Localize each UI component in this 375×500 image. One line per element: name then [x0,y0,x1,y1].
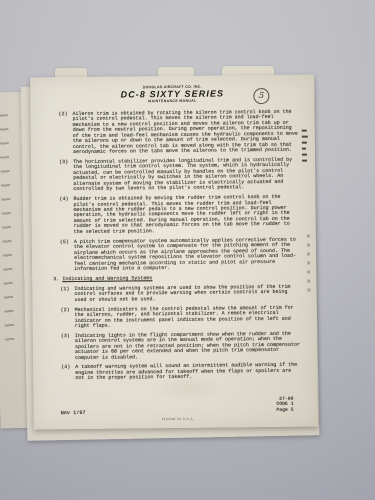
photo-background: DOUGLAS AIRCRAFT CO. INC. DC-8 SIXTY SER… [0,0,375,500]
paragraph-number: (3) [59,160,73,193]
paragraph-text: Aileron trim is obtained by rotating the… [73,110,299,156]
paragraph-number: (3) [61,334,75,361]
paragraph-text: A pitch trim compensator system automati… [74,237,300,272]
footer-page-number: Page 5 [276,408,293,414]
paragraph-text: Indicating and warning systems are used … [74,285,300,304]
paragraph-number: (5) [60,240,74,273]
paragraph: (4) Rudder trim is obtained by moving th… [59,195,299,236]
paragraph: (5) A pitch trim compensator system auto… [60,237,300,272]
paragraph: (2) Mechanical indicators on the control… [61,305,301,329]
paragraph-number: (2) [61,308,75,330]
paragraph: (2) Aileron trim is obtained by rotating… [59,110,299,156]
footer-date: Nov 1/67 [61,410,86,416]
footer-printed-note: Printed in U.S.A. [162,417,195,421]
paragraph-number: (2) [59,112,73,156]
page-header: DOUGLAS AIRCRAFT CO. INC. DC-8 SIXTY SER… [30,84,314,105]
manual-page: DOUGLAS AIRCRAFT CO. INC. DC-8 SIXTY SER… [30,75,318,430]
section-heading: 3. Indicating and Warning Systems [53,274,300,282]
body-text: (2) Aileron trim is obtained by rotating… [59,110,302,387]
paragraph: (3) Indicating lights in the flight comp… [61,331,301,361]
paragraph-text: Rudder trim is obtained by moving the ru… [73,195,299,236]
section-heading-text: Indicating and Warning Systems [62,275,152,282]
paragraph-number: (4) [59,197,73,235]
page-edge-smudge [307,235,311,295]
paragraph: (3) The horizontal stabilizer provides l… [59,158,299,193]
section-heading-number: 3. [53,276,59,282]
paragraph-number: (4) [61,365,75,382]
faint-text-marks [0,114,14,344]
footer-reference-block: 27-00 CODE 1 Page 5 [276,396,293,414]
paragraph: (1) Indicating and warning systems are u… [60,285,300,304]
paragraph-text: Indicating lights in the flight compartm… [75,331,301,361]
paragraph-text: A takeoff warning system will sound an i… [75,363,301,382]
paragraph-text: The horizontal stabilizer provides longi… [73,158,299,193]
paragraph-number: (1) [60,287,74,304]
paragraph-text: Mechanical indicators on the control ped… [75,305,301,329]
page-edge-tick-marks [302,130,308,162]
paragraph: (4) A takeoff warning system will sound … [61,363,301,382]
